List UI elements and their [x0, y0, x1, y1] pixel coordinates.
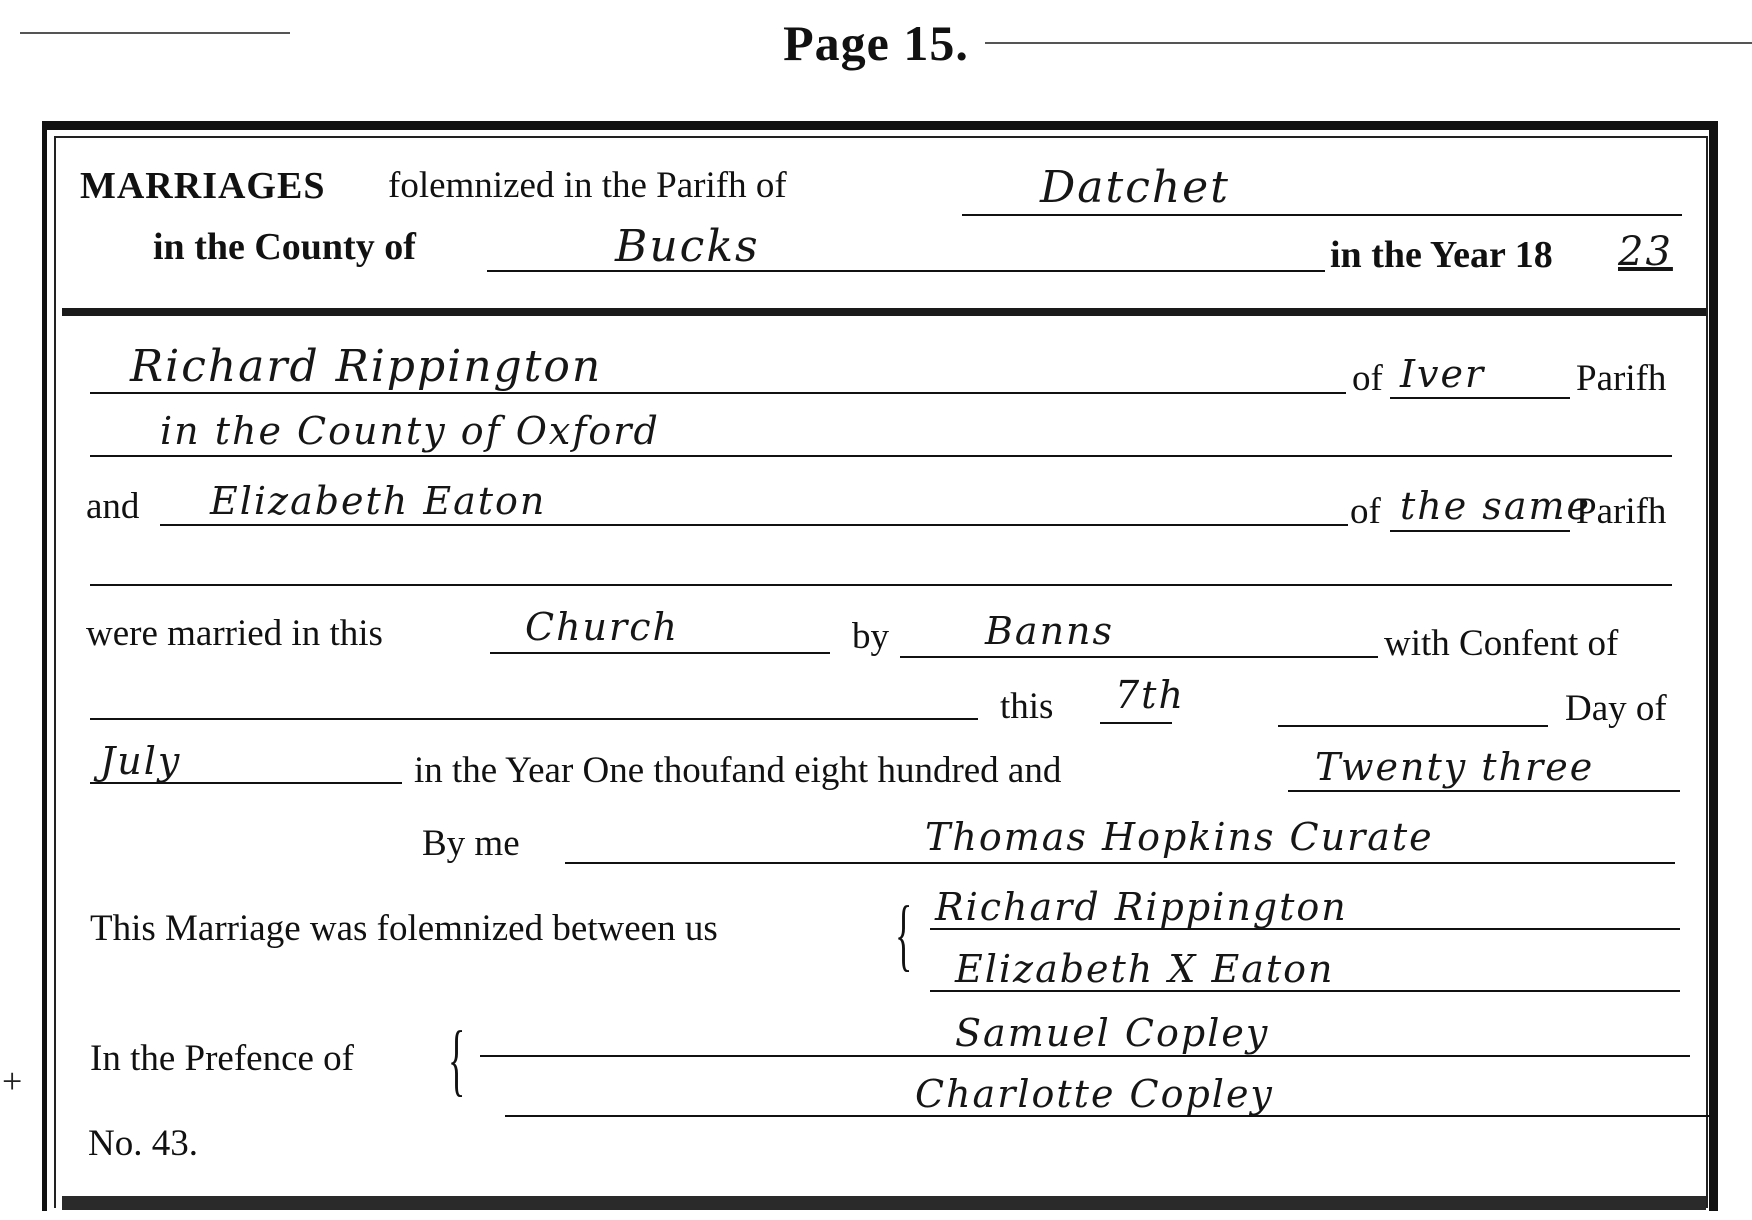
bride-parish-line [1390, 530, 1570, 532]
bride-parish: the same [1400, 487, 1591, 525]
top-rule-right [985, 42, 1752, 44]
groom-residence: in the County of Oxford [160, 412, 660, 450]
by-label: by [852, 618, 889, 655]
county-value: Bucks [615, 225, 760, 269]
groom-parish-label: Parifh [1576, 360, 1666, 397]
parish-line [962, 214, 1682, 216]
bride-of-label: of [1350, 493, 1381, 530]
bottom-divider [62, 1196, 1706, 1210]
groom-parish-line [1390, 397, 1570, 399]
year-words-line [1288, 790, 1680, 792]
entry-number: No. 43. [88, 1125, 198, 1162]
county-label: in the County of [153, 228, 416, 266]
groom-parish: Iver [1400, 355, 1485, 393]
married-label: were married in this [86, 615, 383, 652]
county-line [487, 270, 1325, 272]
top-rule-left [20, 32, 290, 34]
consent-line [90, 718, 978, 720]
day-of-label: Day of [1565, 690, 1667, 727]
bride-name-line [160, 524, 1348, 526]
year-label: in the Year 18 [1330, 236, 1553, 274]
year-words-value: Twenty three [1315, 748, 1594, 786]
signatures-brace: { [895, 895, 912, 975]
bride-parish-label: Parifh [1576, 493, 1666, 530]
year-text-label: in the Year One thoufand eight hundred a… [414, 752, 1061, 789]
officiant-name: Thomas Hopkins Curate [925, 818, 1434, 856]
section-divider [62, 308, 1706, 316]
month-value: July [100, 742, 181, 780]
heading-marriages: MARRIAGES [80, 167, 325, 205]
parish-value: Datchet [1040, 166, 1230, 210]
day-value: 7th [1115, 676, 1185, 714]
heading-solemnized: folemnized in the Parifh of [388, 167, 787, 204]
witness2-signature: Charlotte Copley [915, 1075, 1274, 1113]
party2-signature: Elizabeth X Eaton [955, 950, 1335, 988]
margin-mark: + [2, 1060, 22, 1102]
day-line-b [1278, 725, 1548, 727]
consent-label: with Confent of [1384, 625, 1618, 662]
and-label: and [86, 488, 139, 525]
party1-signature: Richard Rippington [935, 888, 1348, 926]
place-value: Church [525, 608, 679, 646]
method-line [900, 656, 1378, 658]
method-value: Banns [985, 612, 1114, 650]
witness1-line [480, 1055, 1690, 1057]
between-label: This Marriage was folemnized between us [90, 910, 718, 947]
bride-name: Elizabeth Eaton [210, 482, 546, 520]
year-suffix: 23 [1618, 232, 1673, 272]
groom-name: Richard Rippington [130, 345, 602, 389]
groom-residence-line [90, 455, 1672, 457]
groom-name-line [90, 392, 1346, 394]
witness1-signature: Samuel Copley [955, 1014, 1269, 1052]
bride-residence-line [90, 584, 1672, 586]
day-line-a [1100, 722, 1172, 724]
groom-of-label: of [1352, 360, 1383, 397]
witnesses-brace: { [448, 1020, 465, 1100]
this-label: this [1000, 688, 1053, 725]
presence-label: In the Prefence of [90, 1040, 354, 1077]
officiant-line [565, 862, 1675, 864]
place-line [490, 652, 830, 654]
by-me-label: By me [422, 825, 520, 862]
